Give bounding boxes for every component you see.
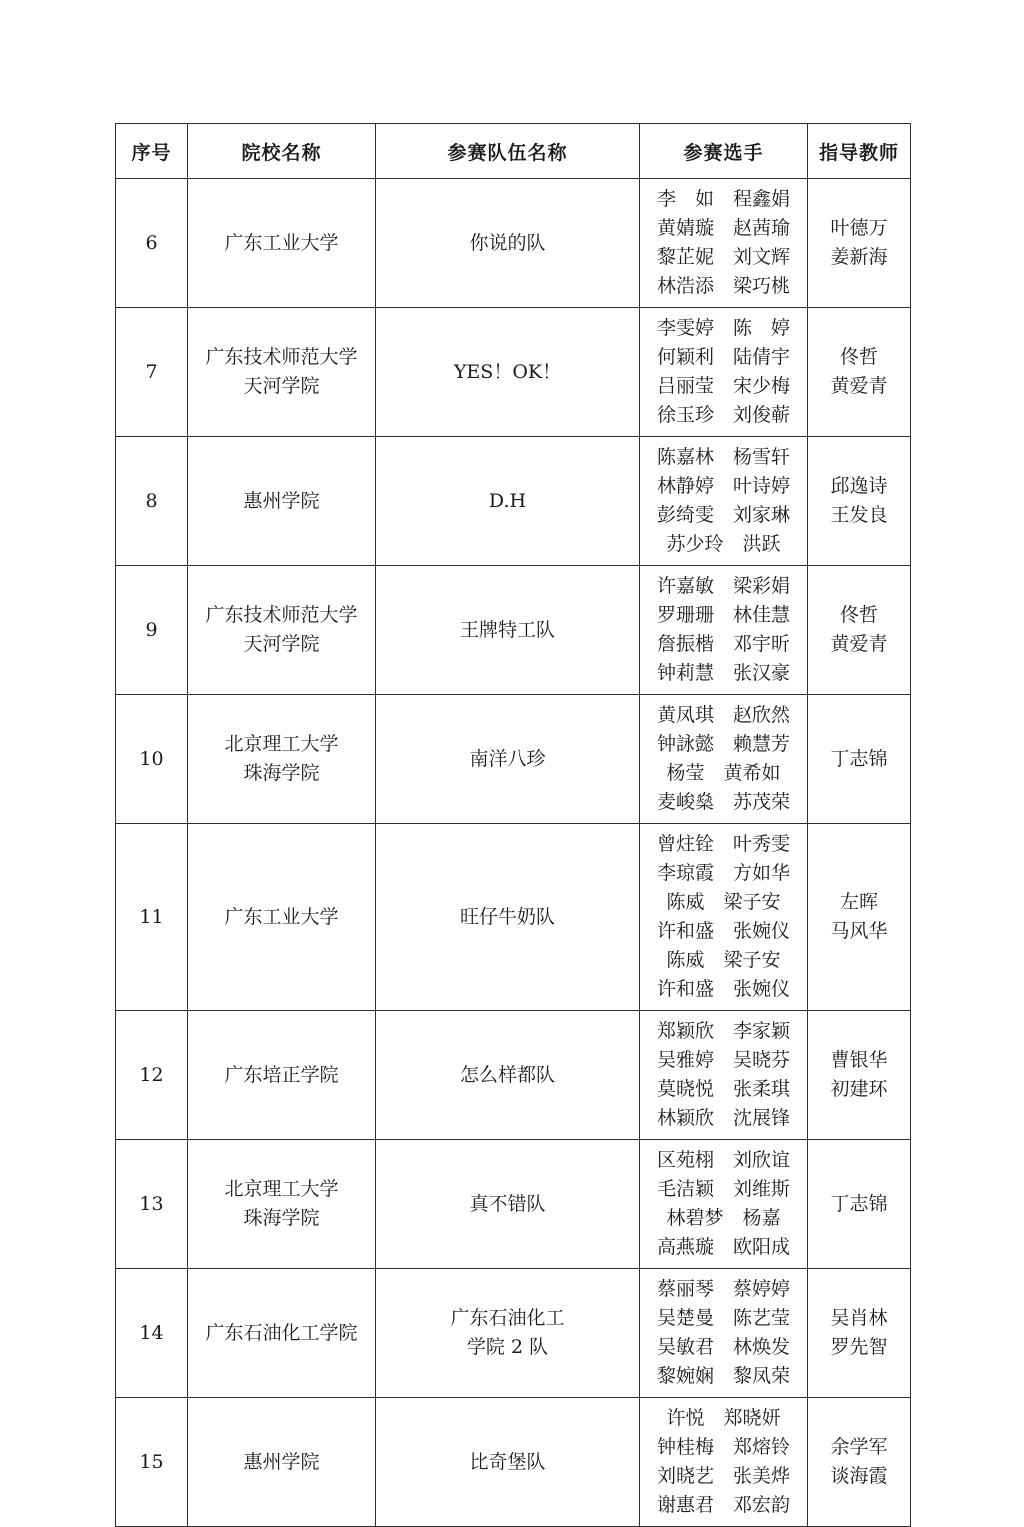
table-row: 6 广东工业大学 你说的队 李 如 程鑫娟 黄婧璇 赵茜瑜 黎芷妮 刘文辉 林浩… [116, 179, 911, 308]
row-number: 12 [116, 1011, 188, 1140]
table-row: 11 广东工业大学 旺仔牛奶队 曾炷铨 叶秀雯 李琼霞 方如华 陈威 梁子安 许… [116, 824, 911, 1011]
row-number: 6 [116, 179, 188, 308]
teachers-list: 佟哲 黄爱青 [808, 308, 911, 437]
row-number: 9 [116, 566, 188, 695]
teachers-list: 佟哲 黄爱青 [808, 566, 911, 695]
players-list: 郑颖欣 李家颖 吴雅婷 吴晓芬 莫晓悦 张柔琪 林颖欣 沈展锋 [640, 1011, 808, 1140]
team-roster-table: 序号 院校名称 参赛队伍名称 参赛选手 指导教师 6 广东工业大学 你说的队 李… [115, 123, 911, 1527]
row-number: 10 [116, 695, 188, 824]
teachers-list: 丁志锦 [808, 695, 911, 824]
players-list: 黄凤琪 赵欣然 钟詠懿 赖慧芳 杨莹 黄希如 麦峻燊 苏茂荣 [640, 695, 808, 824]
players-list: 李 如 程鑫娟 黄婧璇 赵茜瑜 黎芷妮 刘文辉 林浩添 梁巧桃 [640, 179, 808, 308]
school-name: 惠州学院 [188, 1398, 376, 1527]
table-header-row: 序号 院校名称 参赛队伍名称 参赛选手 指导教师 [116, 124, 911, 179]
school-name: 北京理工大学 珠海学院 [188, 695, 376, 824]
table-row: 12 广东培正学院 怎么样都队 郑颖欣 李家颖 吴雅婷 吴晓芬 莫晓悦 张柔琪 … [116, 1011, 911, 1140]
row-number: 14 [116, 1269, 188, 1398]
teachers-list: 叶德万 姜新海 [808, 179, 911, 308]
team-name: 真不错队 [376, 1140, 640, 1269]
teachers-list: 曹银华 初建环 [808, 1011, 911, 1140]
team-name: 王牌特工队 [376, 566, 640, 695]
table-row: 9 广东技术师范大学 天河学院 王牌特工队 许嘉敏 梁彩娟 罗珊珊 林佳慧 詹振… [116, 566, 911, 695]
header-cell-no: 序号 [116, 124, 188, 179]
row-number: 7 [116, 308, 188, 437]
header-cell-teachers: 指导教师 [808, 124, 911, 179]
row-number: 8 [116, 437, 188, 566]
header-cell-school: 院校名称 [188, 124, 376, 179]
table-row: 13 北京理工大学 珠海学院 真不错队 区苑栩 刘欣谊 毛洁颖 刘维斯 林碧梦 … [116, 1140, 911, 1269]
school-name: 广东技术师范大学 天河学院 [188, 308, 376, 437]
row-number: 13 [116, 1140, 188, 1269]
players-list: 陈嘉林 杨雪轩 林静婷 叶诗婷 彭绮雯 刘家琳 苏少玲 洪跃 [640, 437, 808, 566]
players-list: 蔡丽琴 蔡婷婷 吴楚曼 陈艺莹 吴敏君 林焕发 黎婉娴 黎凤荣 [640, 1269, 808, 1398]
table-body: 6 广东工业大学 你说的队 李 如 程鑫娟 黄婧璇 赵茜瑜 黎芷妮 刘文辉 林浩… [116, 179, 911, 1527]
team-name: 怎么样都队 [376, 1011, 640, 1140]
players-list: 曾炷铨 叶秀雯 李琼霞 方如华 陈威 梁子安 许和盛 张婉仪 陈威 梁子安 许和… [640, 824, 808, 1011]
school-name: 广东工业大学 [188, 179, 376, 308]
players-list: 许悦 郑晓妍 钟桂梅 郑熔铃 刘晓艺 张美烨 谢惠君 邓宏韵 [640, 1398, 808, 1527]
header-cell-players: 参赛选手 [640, 124, 808, 179]
players-list: 许嘉敏 梁彩娟 罗珊珊 林佳慧 詹振楷 邓宇昕 钟莉慧 张汉豪 [640, 566, 808, 695]
team-name: 比奇堡队 [376, 1398, 640, 1527]
school-name: 广东工业大学 [188, 824, 376, 1011]
header-cell-team: 参赛队伍名称 [376, 124, 640, 179]
school-name: 广东石油化工学院 [188, 1269, 376, 1398]
team-name: 你说的队 [376, 179, 640, 308]
teachers-list: 丁志锦 [808, 1140, 911, 1269]
table-row: 7 广东技术师范大学 天河学院 YES！OK！ 李雯婷 陈 婷 何颖利 陆倩宇 … [116, 308, 911, 437]
players-list: 李雯婷 陈 婷 何颖利 陆倩宇 吕丽莹 宋少梅 徐玉珍 刘俊蕲 [640, 308, 808, 437]
document-page: 序号 院校名称 参赛队伍名称 参赛选手 指导教师 6 广东工业大学 你说的队 李… [0, 0, 1024, 1447]
row-number: 15 [116, 1398, 188, 1527]
table-row: 15 惠州学院 比奇堡队 许悦 郑晓妍 钟桂梅 郑熔铃 刘晓艺 张美烨 谢惠君 … [116, 1398, 911, 1527]
players-list: 区苑栩 刘欣谊 毛洁颖 刘维斯 林碧梦 杨嘉 高燕璇 欧阳成 [640, 1140, 808, 1269]
team-name: 旺仔牛奶队 [376, 824, 640, 1011]
teachers-list: 邱逸诗 王发良 [808, 437, 911, 566]
teachers-list: 余学军 谈海霞 [808, 1398, 911, 1527]
teachers-list: 左晖 马风华 [808, 824, 911, 1011]
team-name: D.H [376, 437, 640, 566]
table-row: 14 广东石油化工学院 广东石油化工 学院 2 队 蔡丽琴 蔡婷婷 吴楚曼 陈艺… [116, 1269, 911, 1398]
table-row: 8 惠州学院 D.H 陈嘉林 杨雪轩 林静婷 叶诗婷 彭绮雯 刘家琳 苏少玲 洪… [116, 437, 911, 566]
school-name: 北京理工大学 珠海学院 [188, 1140, 376, 1269]
school-name: 广东培正学院 [188, 1011, 376, 1140]
team-name: 广东石油化工 学院 2 队 [376, 1269, 640, 1398]
table-row: 10 北京理工大学 珠海学院 南洋八珍 黄凤琪 赵欣然 钟詠懿 赖慧芳 杨莹 黄… [116, 695, 911, 824]
teachers-list: 吴肖林 罗先智 [808, 1269, 911, 1398]
team-name: 南洋八珍 [376, 695, 640, 824]
row-number: 11 [116, 824, 188, 1011]
school-name: 惠州学院 [188, 437, 376, 566]
school-name: 广东技术师范大学 天河学院 [188, 566, 376, 695]
team-name: YES！OK！ [376, 308, 640, 437]
